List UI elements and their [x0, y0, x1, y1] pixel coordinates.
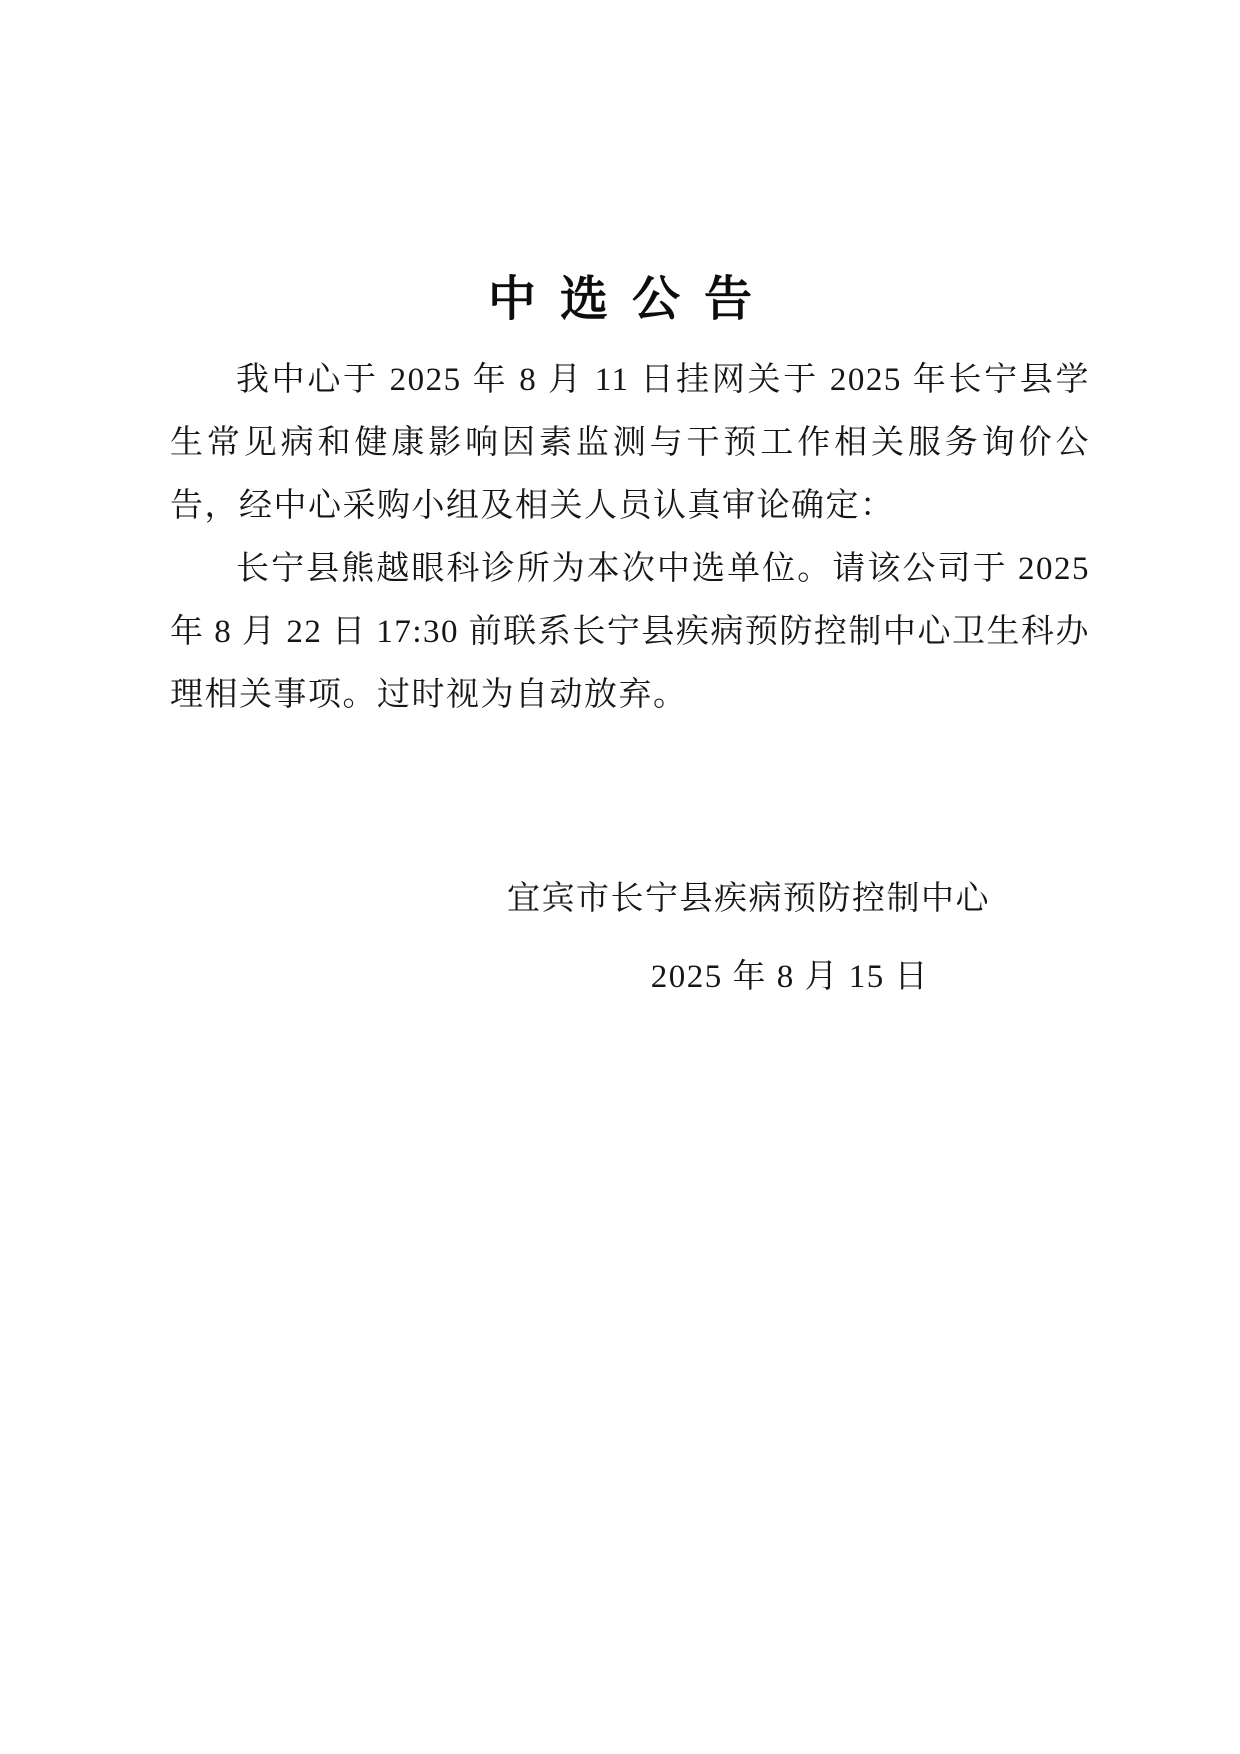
paragraph-announcement-intro: 我中心于 2025 年 8 月 11 日挂网关于 2025 年长宁县学生常见病和…	[170, 349, 1090, 538]
signature-date: 2025 年 8 月 15 日	[651, 958, 929, 996]
paragraph-selection-result: 长宁县熊越眼科诊所为本次中选单位。请该公司于 2025 年 8 月 22 日 1…	[170, 538, 1090, 727]
document-body: 我中心于 2025 年 8 月 11 日挂网关于 2025 年长宁县学生常见病和…	[170, 349, 1090, 727]
document-page: 中选公告 我中心于 2025 年 8 月 11 日挂网关于 2025 年长宁县学…	[0, 0, 1240, 1754]
signature-organization: 宜宾市长宁县疾病预防控制中心	[507, 880, 990, 918]
document-title: 中选公告	[0, 260, 1240, 329]
